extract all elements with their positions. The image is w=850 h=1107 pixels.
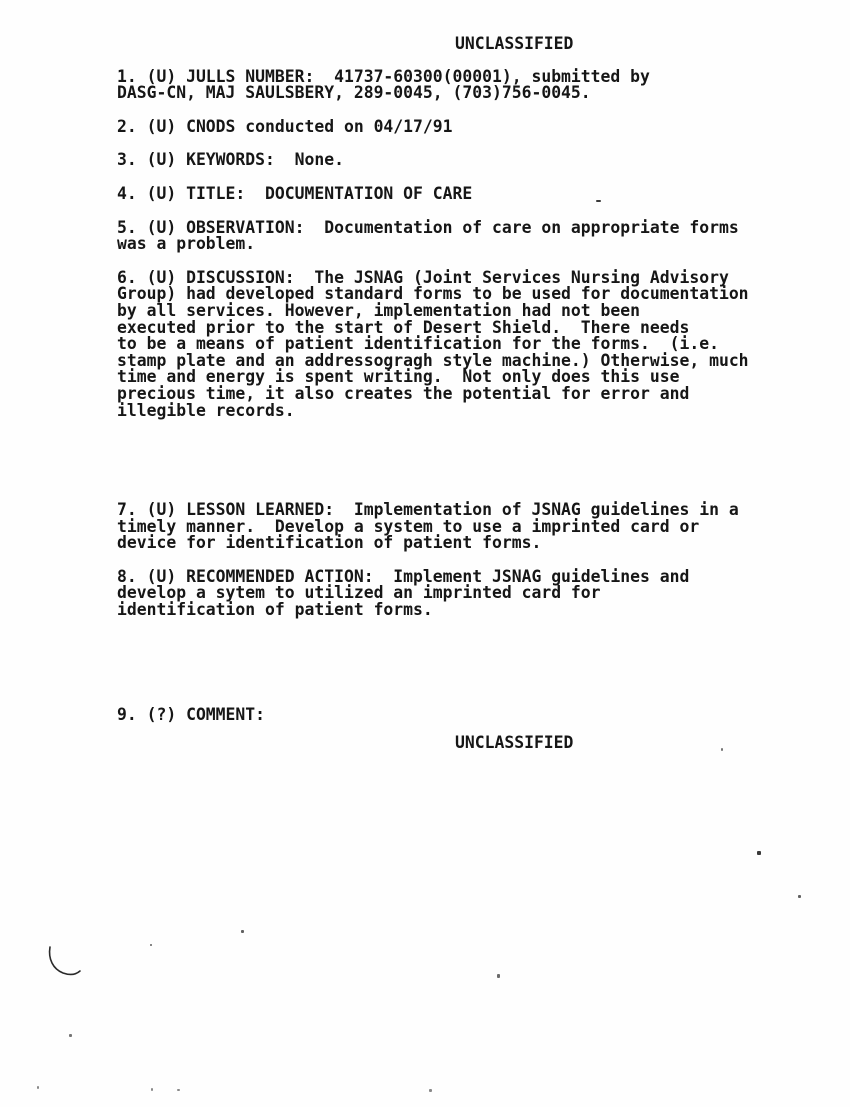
scan-speck [69, 1034, 72, 1037]
scan-speck [241, 930, 244, 933]
scan-speck [798, 895, 801, 898]
scan-speck [596, 200, 601, 202]
comment-paragraph: 9. (?) COMMENT: [117, 707, 807, 724]
scan-speck [151, 1088, 153, 1091]
scan-speck [757, 851, 761, 855]
scan-speck [721, 748, 723, 751]
cnods-paragraph: 2. (U) CNODS conducted on 04/17/91 [117, 119, 807, 136]
classification-header: UNCLASSIFIED [455, 36, 807, 53]
observation-paragraph: 5. (U) OBSERVATION: Documentation of car… [117, 220, 807, 253]
scan-speck [150, 944, 152, 946]
scan-speck [177, 1089, 180, 1091]
julls-number-paragraph: 1. (U) JULLS NUMBER: 41737-60300(00001),… [117, 69, 807, 102]
scan-speck [37, 1086, 39, 1089]
handwritten-pen-mark [40, 940, 90, 985]
lesson-learned-paragraph: 7. (U) LESSON LEARNED: Implementation of… [117, 502, 807, 552]
discussion-paragraph: 6. (U) DISCUSSION: The JSNAG (Joint Serv… [117, 270, 807, 419]
scan-speck [429, 1089, 432, 1092]
title-paragraph: 4. (U) TITLE: DOCUMENTATION OF CARE [117, 186, 807, 203]
recommended-action-paragraph: 8. (U) RECOMMENDED ACTION: Implement JSN… [117, 569, 807, 619]
document-body: UNCLASSIFIED 1. (U) JULLS NUMBER: 41737-… [117, 36, 807, 752]
scanned-document-page: UNCLASSIFIED 1. (U) JULLS NUMBER: 41737-… [0, 0, 850, 1107]
scan-speck [497, 974, 500, 978]
keywords-paragraph: 3. (U) KEYWORDS: None. [117, 152, 807, 169]
classification-footer: UNCLASSIFIED [455, 735, 807, 752]
